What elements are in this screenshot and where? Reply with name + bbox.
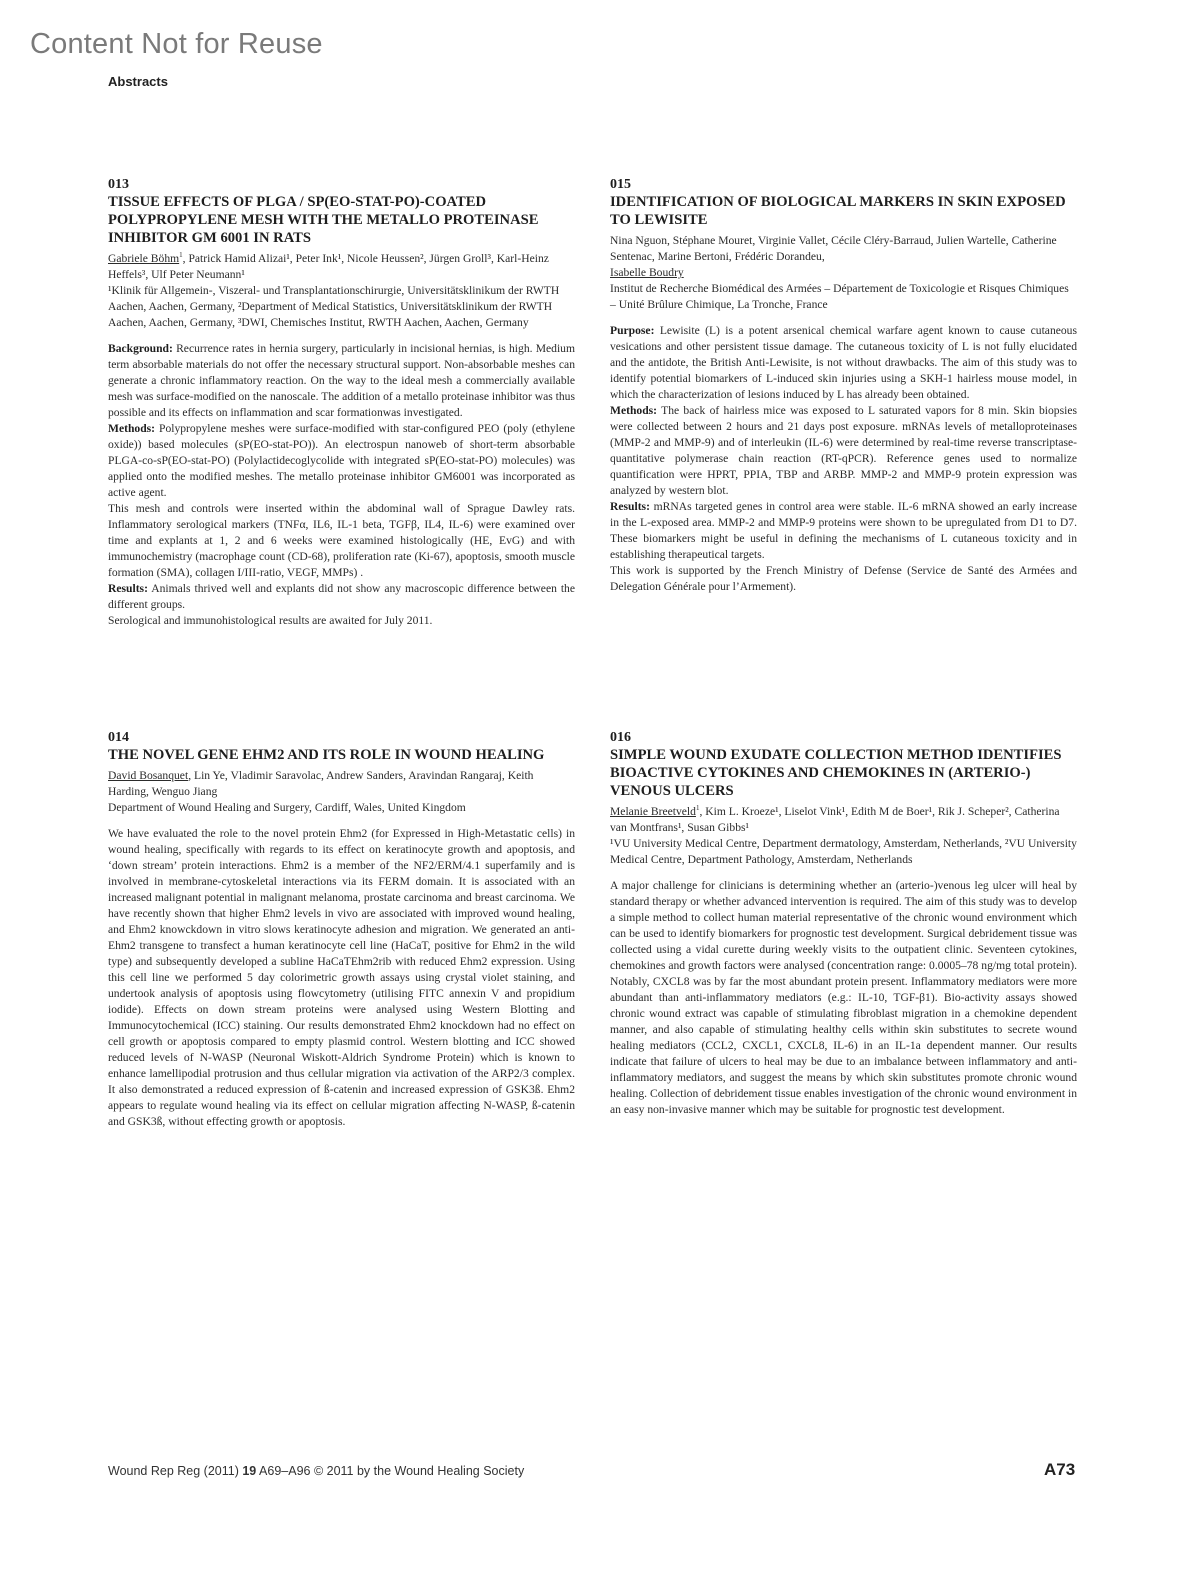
journal-citation: Wound Rep Reg (2011) 19 A69–A96 © 2011 b… [108, 1464, 524, 1478]
abstract-text: We have evaluated the role to the novel … [108, 826, 575, 1130]
abstract-014: 014 THE NOVEL GENE EHM2 AND ITS ROLE IN … [108, 729, 575, 1130]
support-text: This work is supported by the French Min… [610, 563, 1077, 595]
purpose-text: Lewisite (L) is a potent arsenical chemi… [610, 324, 1077, 401]
abstract-authors: Gabriele Böhm1, Patrick Hamid Alizai¹, P… [108, 251, 575, 283]
abstract-title: THE NOVEL GENE EHM2 AND ITS ROLE IN WOUN… [108, 746, 575, 764]
journal-copyright: A69–A96 © 2011 by the Wound Healing Soci… [256, 1464, 524, 1478]
methods-text: The back of hairless mice was exposed to… [610, 404, 1077, 497]
presenting-author: Isabelle Boudry [610, 266, 684, 279]
abstract-authors: Nina Nguon, Stéphane Mouret, Virginie Va… [610, 233, 1077, 281]
abstract-body: Purpose: Lewisite (L) is a potent arseni… [610, 323, 1077, 595]
results-text-2: Serological and immunohistological resul… [108, 613, 575, 629]
abstract-number: 013 [108, 176, 575, 193]
abstract-title: TISSUE EFFECTS OF PLGA / SP(EO-STAT-PO)-… [108, 193, 575, 247]
abstract-affiliations: ¹Klinik für Allgemein-, Viszeral- und Tr… [108, 283, 575, 331]
results-label: Results: [610, 500, 650, 513]
abstract-body: Background: Recurrence rates in hernia s… [108, 341, 575, 629]
journal-volume: 19 [242, 1464, 256, 1478]
abstract-affiliations: Institut de Recherche Biomédical des Arm… [610, 281, 1077, 313]
co-authors: Nina Nguon, Stéphane Mouret, Virginie Va… [610, 234, 1057, 263]
abstract-013: 013 TISSUE EFFECTS OF PLGA / SP(EO-STAT-… [108, 176, 575, 629]
results-text: mRNAs targeted genes in control area wer… [610, 500, 1077, 561]
presenting-author: David Bosanquet [108, 769, 188, 782]
abstract-title: SIMPLE WOUND EXUDATE COLLECTION METHOD I… [610, 746, 1077, 800]
abstract-number: 016 [610, 729, 1077, 746]
abstract-text: A major challenge for clinicians is dete… [610, 878, 1077, 1118]
abstract-body: A major challenge for clinicians is dete… [610, 878, 1077, 1118]
background-label: Background: [108, 342, 173, 355]
methods-label: Methods: [108, 422, 155, 435]
watermark: Content Not for Reuse [30, 28, 323, 61]
methods-label: Methods: [610, 404, 657, 417]
background-text: Recurrence rates in hernia surgery, part… [108, 342, 575, 419]
abstract-number: 015 [610, 176, 1077, 193]
methods-text-2: This mesh and controls were inserted wit… [108, 501, 575, 581]
abstract-authors: Melanie Breetveld1, Kim L. Kroeze¹, Lise… [610, 804, 1077, 836]
section-label: Abstracts [108, 74, 168, 89]
purpose-label: Purpose: [610, 324, 654, 337]
presenting-author: Melanie Breetveld [610, 805, 696, 818]
abstract-016: 016 SIMPLE WOUND EXUDATE COLLECTION METH… [610, 729, 1077, 1118]
journal-name: Wound Rep Reg (2011) [108, 1464, 242, 1478]
methods-text: Polypropylene meshes were surface-modifi… [108, 422, 575, 499]
abstract-authors: David Bosanquet, Lin Ye, Vladimir Saravo… [108, 768, 575, 800]
abstract-body: We have evaluated the role to the novel … [108, 826, 575, 1130]
results-label: Results: [108, 582, 148, 595]
page-number: A73 [1044, 1460, 1075, 1480]
abstract-number: 014 [108, 729, 575, 746]
abstract-015: 015 IDENTIFICATION OF BIOLOGICAL MARKERS… [610, 176, 1077, 595]
abstract-affiliations: Department of Wound Healing and Surgery,… [108, 800, 575, 816]
abstract-affiliations: ¹VU University Medical Centre, Departmen… [610, 836, 1077, 868]
abstract-title: IDENTIFICATION OF BIOLOGICAL MARKERS IN … [610, 193, 1077, 229]
presenting-author: Gabriele Böhm [108, 252, 179, 265]
results-text: Animals thrived well and explants did no… [108, 582, 575, 611]
